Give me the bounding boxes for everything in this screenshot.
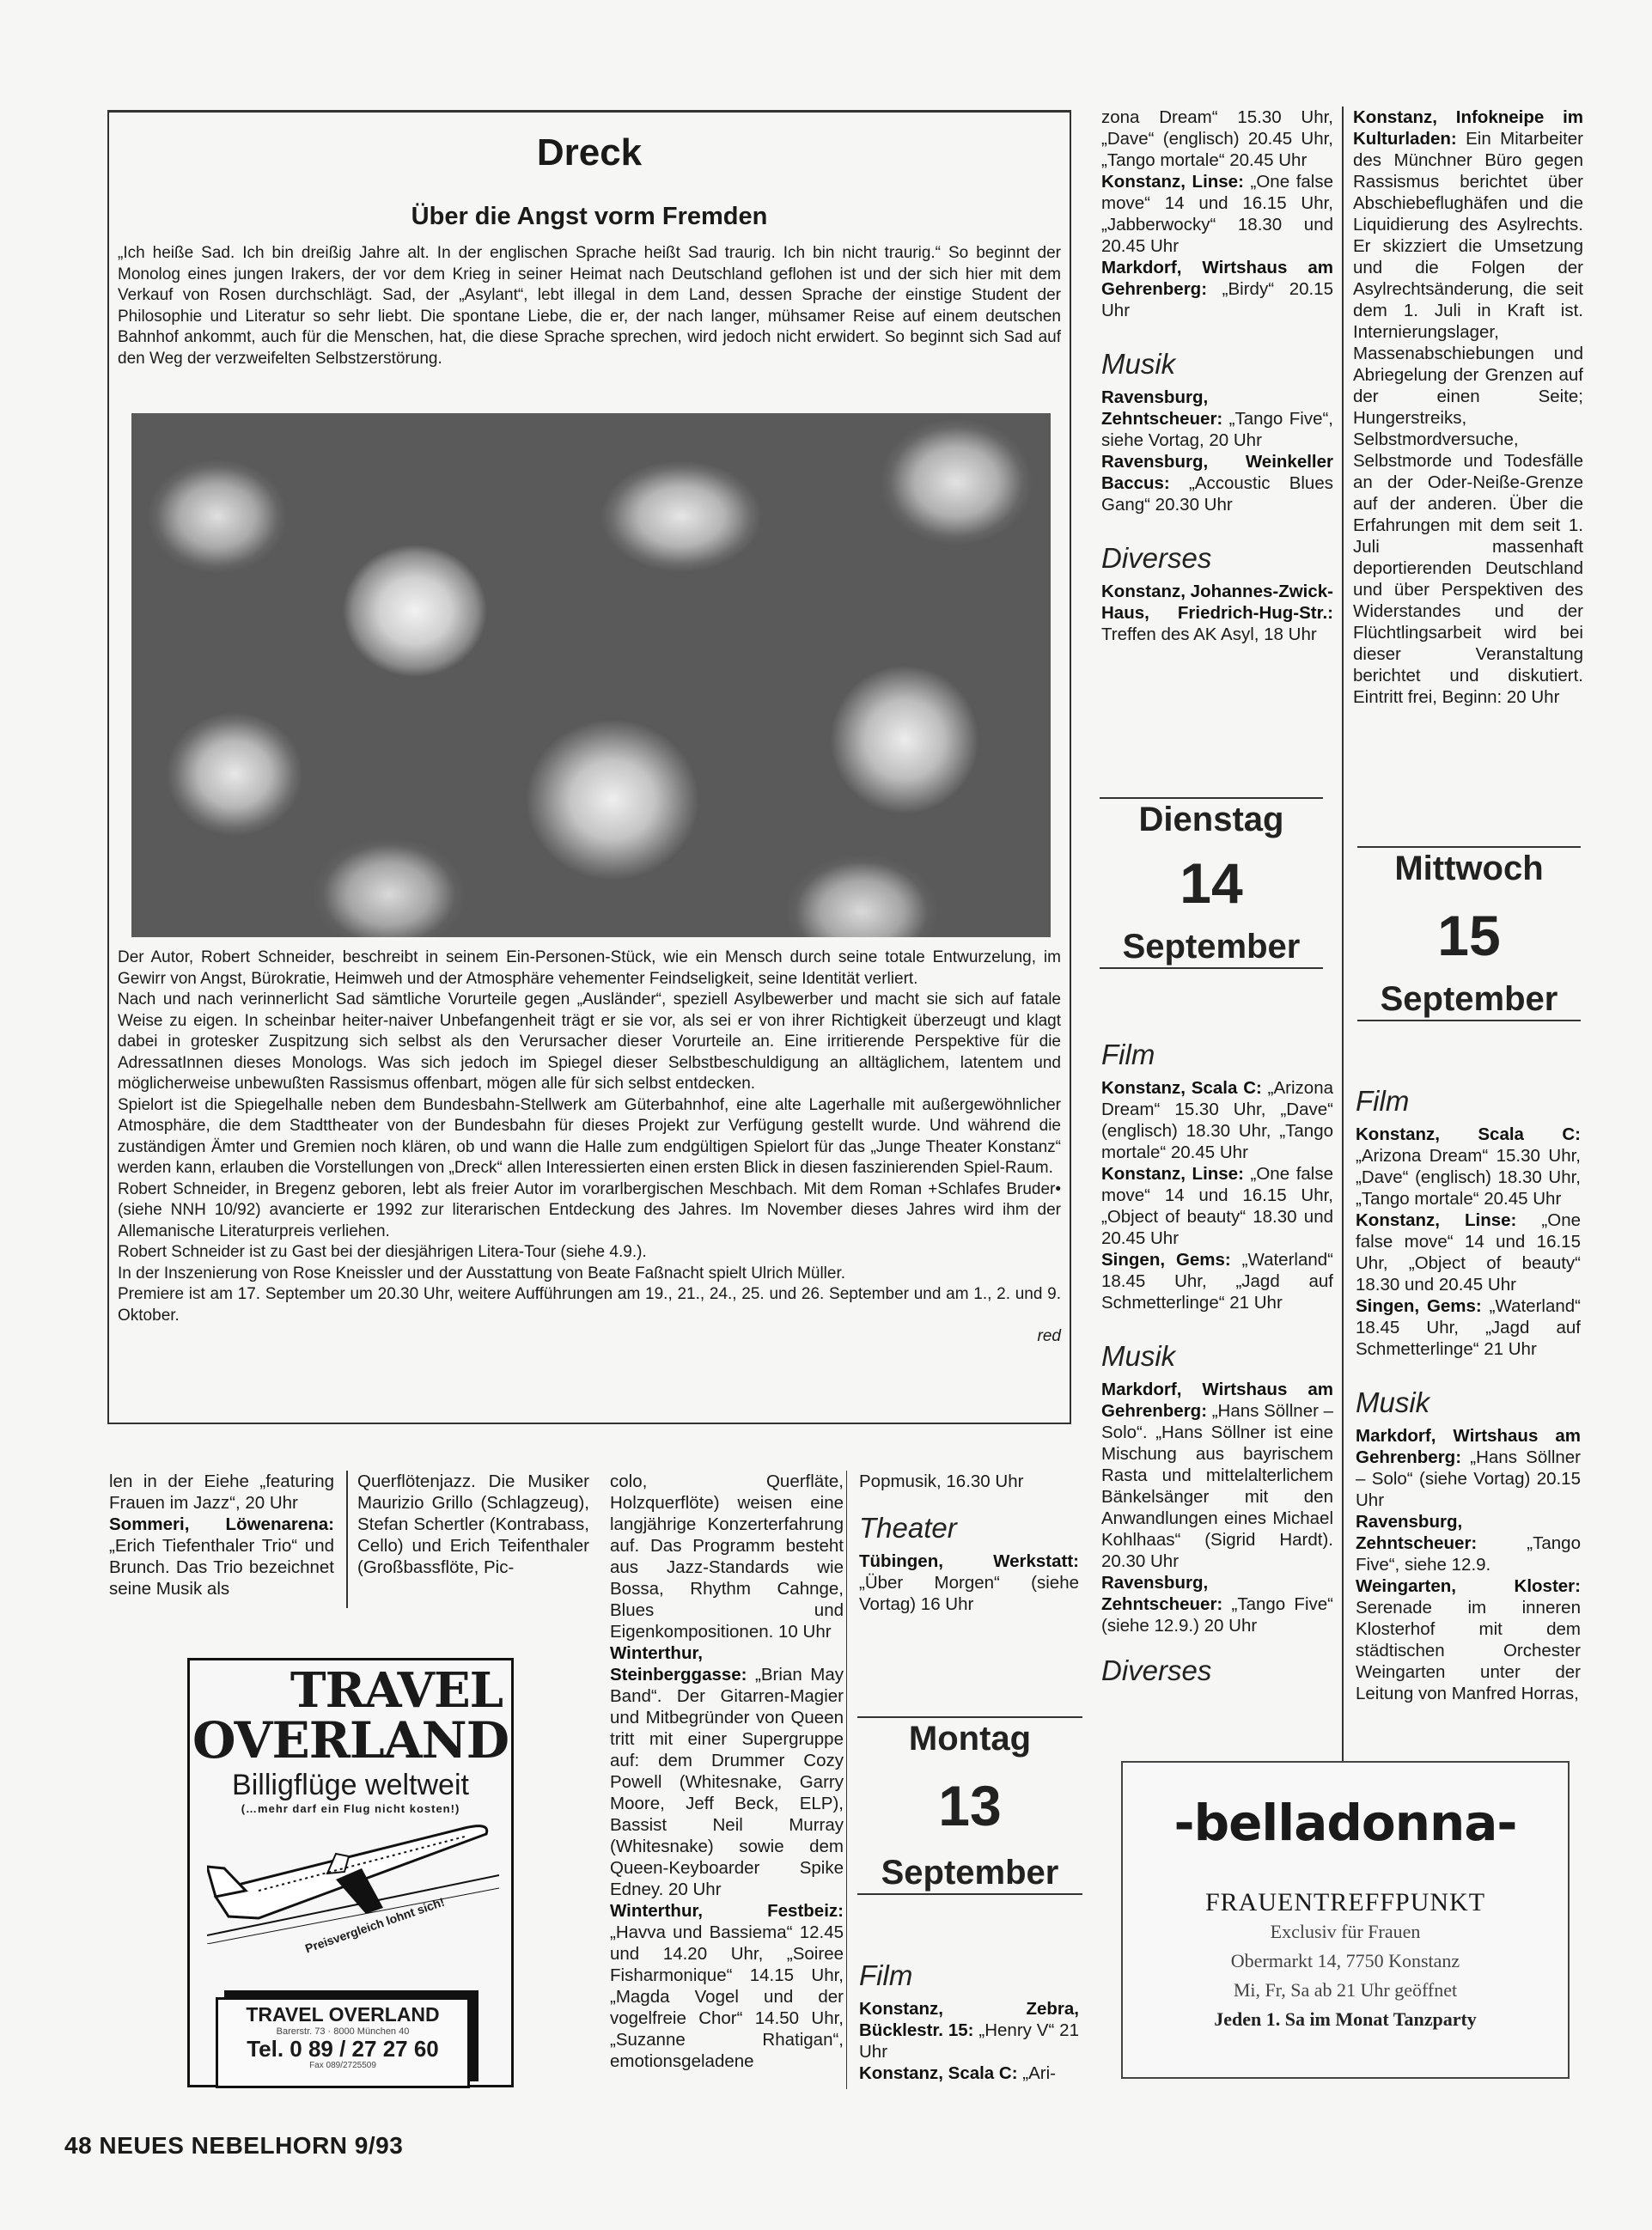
- ad-line: Jeden 1. Sa im Monat Tanzparty: [1123, 2005, 1568, 2034]
- listing-entry: Konstanz, Linse: „One false move“ 14 und…: [1356, 1209, 1581, 1295]
- section-heading-diverses: Diverses: [1101, 1654, 1333, 1688]
- listings-column-top-left: zona Dream“ 15.30 Uhr, „Dave“ (englisch)…: [1101, 107, 1333, 645]
- article-paragraph: Premiere ist am 17. September um 20.30 U…: [118, 1284, 1061, 1326]
- section-heading-film: Film: [859, 1959, 1079, 1993]
- listing-entry: Tübingen, Werkstatt: „Über Morgen“ (sieh…: [859, 1551, 1079, 1615]
- listing-entry: Konstanz, Scala C: „Ari-: [859, 2062, 1079, 2084]
- section-heading-film: Film: [1101, 1038, 1333, 1072]
- ad-line: Obermarkt 14, 7750 Konstanz: [1123, 1947, 1568, 1976]
- ad-line: FRAUENTREFFPUNKT: [1123, 1888, 1568, 1917]
- article-paragraph: Der Autor, Robert Schneider, beschreibt …: [118, 947, 1061, 990]
- listing-entry: Markdorf, Wirtshaus am Gehrenberg: „Bird…: [1101, 257, 1333, 321]
- day-header-tuesday: Dienstag 14 September: [1100, 797, 1323, 969]
- listing-entry: Singen, Gems: „Waterland“ 18.45 Uhr, „Ja…: [1356, 1295, 1581, 1360]
- listing-entry: Winterthur, Festbeiz: „Havva und Bassiem…: [610, 1900, 844, 2072]
- ad-logo-line2: OVERLAND: [190, 1715, 511, 1765]
- article-paragraph: Nach und nach verinnerlicht Sad sämtlich…: [118, 990, 1061, 1095]
- monday-listings: Film Konstanz, Zebra, Bücklestr. 15: „He…: [859, 1959, 1079, 2084]
- ad-slogan: Billigflüge weltweit: [190, 1769, 511, 1802]
- day-number: 13: [857, 1771, 1082, 1840]
- page-footer: 48 NEUES NEBELHORN 9/93: [64, 2132, 403, 2160]
- article-signature: red: [118, 1326, 1061, 1348]
- ad-line: Exclusiv für Frauen: [1123, 1917, 1568, 1947]
- column-divider: [846, 1471, 847, 2089]
- day-header-monday: Montag 13 September: [857, 1716, 1082, 1895]
- listing-entry: Winterthur, Steinberggasse: „Brian May B…: [610, 1642, 844, 1900]
- listing-entry: Weingarten, Kloster: Serenade im inneren…: [1356, 1575, 1581, 1704]
- listing-entry: Konstanz, Scala C: „Arizona Dream“ 15.30…: [1356, 1124, 1581, 1209]
- ad-tagline: (…mehr darf ein Flug nicht kosten!): [190, 1802, 511, 1815]
- day-name: Mittwoch: [1357, 846, 1581, 889]
- listings-column-top-right: Konstanz, Infokneipe im Kulturladen: Ein…: [1353, 107, 1583, 708]
- section-heading-musik: Musik: [1356, 1386, 1581, 1420]
- day-name: Montag: [857, 1716, 1082, 1759]
- month-name: September: [1100, 926, 1323, 969]
- listing-entry: Ravensburg, Zehntscheuer: „Tango Five“, …: [1356, 1511, 1581, 1575]
- article-paragraph: In der Inszenierung von Rose Kneissler u…: [118, 1264, 1061, 1285]
- article-paragraph: Robert Schneider ist zu Gast bei der die…: [118, 1242, 1061, 1264]
- listing-entry: Markdorf, Wirtshaus am Gehrenberg: „Hans…: [1101, 1379, 1333, 1572]
- ad-line: Mi, Fr, Sa ab 21 Uhr geöffnet: [1123, 1976, 1568, 2005]
- listing-entry: Konstanz, Linse: „One false move“ 14 und…: [1101, 1163, 1333, 1249]
- listing-entry: Ravensburg, Zehntscheuer: „Tango Five“ (…: [1101, 1572, 1333, 1636]
- ad-logo-line1: TRAVEL: [190, 1660, 511, 1715]
- column-divider: [346, 1471, 348, 1608]
- section-heading-theater: Theater: [859, 1511, 1079, 1545]
- day-header-wednesday: Mittwoch 15 September: [1357, 846, 1581, 1021]
- ad-address-box: TRAVEL OVERLAND Barerstr. 73 · 8000 Münc…: [216, 1997, 470, 2088]
- section-heading-musik: Musik: [1101, 1339, 1333, 1374]
- bottom-column-4: Popmusik, 16.30 Uhr Theater Tübingen, We…: [859, 1471, 1079, 1615]
- month-name: September: [857, 1852, 1082, 1895]
- listing-entry: Ravensburg, Zehntscheuer: „Tango Five“, …: [1101, 387, 1333, 451]
- bottom-column-3: colo, Querfläte, Holzquerflöte) weisen e…: [610, 1471, 844, 2072]
- section-heading-diverses: Diverses: [1101, 541, 1333, 576]
- listing-entry: len in der Eiehe „featuring Frauen im Ja…: [109, 1471, 334, 1514]
- column-divider: [1342, 107, 1344, 1910]
- listing-entry: Ravensburg, Weinkeller Baccus: „Accousti…: [1101, 451, 1333, 515]
- article-title: Dreck: [109, 131, 1070, 174]
- day-name: Dienstag: [1100, 797, 1323, 840]
- day-number: 15: [1357, 901, 1581, 970]
- listing-entry: colo, Querfläte, Holzquerflöte) weisen e…: [610, 1471, 844, 1642]
- ad-belladonna: -belladonna- FRAUENTREFFPUNKT Exclusiv f…: [1121, 1761, 1570, 2079]
- listing-entry: zona Dream“ 15.30 Uhr, „Dave“ (englisch)…: [1101, 107, 1333, 171]
- listing-entry: Sommeri, Löwenarena: „Erich Tiefenthaler…: [109, 1514, 334, 1599]
- article-paragraph: Spielort ist die Spiegelhalle neben dem …: [118, 1095, 1061, 1179]
- ad-phone: Tel. 0 89 / 27 27 60: [218, 2037, 467, 2061]
- article-box: Dreck Über die Angst vorm Fremden „Ich h…: [107, 110, 1071, 1424]
- listing-entry: Konstanz, Linse: „One false move“ 14 und…: [1101, 171, 1333, 257]
- article-subtitle: Über die Angst vorm Fremden: [109, 203, 1070, 231]
- listing-entry: Konstanz, Infokneipe im Kulturladen: Ein…: [1353, 107, 1583, 708]
- listing-entry: Konstanz, Johannes-Zwick-Haus, Friedrich…: [1101, 581, 1333, 645]
- wednesday-listings: Film Konstanz, Scala C: „Arizona Dream“ …: [1356, 1084, 1581, 1704]
- roses-photo: [131, 413, 1051, 937]
- ad-fax: Fax 089/2725509: [218, 2061, 467, 2070]
- section-heading-film: Film: [1356, 1084, 1581, 1118]
- listing-entry: Singen, Gems: „Waterland“ 18.45 Uhr, „Ja…: [1101, 1249, 1333, 1313]
- listing-entry: Popmusik, 16.30 Uhr: [859, 1471, 1079, 1492]
- ad-company: TRAVEL OVERLAND: [218, 2003, 467, 2026]
- bottom-column-1: len in der Eiehe „featuring Frauen im Ja…: [109, 1471, 334, 1599]
- article-paragraph: Robert Schneider, in Bregenz geboren, le…: [118, 1179, 1061, 1243]
- month-name: September: [1357, 978, 1581, 1021]
- listing-entry: Querflötenjazz. Die Musiker Maurizio Gri…: [357, 1471, 589, 1578]
- listing-entry: Konstanz, Scala C: „Arizona Dream“ 15.30…: [1101, 1077, 1333, 1163]
- day-number: 14: [1100, 849, 1323, 917]
- section-heading-musik: Musik: [1101, 347, 1333, 381]
- article-lead: „Ich heiße Sad. Ich bin dreißig Jahre al…: [118, 243, 1061, 369]
- article-body: Der Autor, Robert Schneider, beschreibt …: [118, 947, 1061, 1348]
- ad-belladonna-name: -belladonna-: [1123, 1794, 1568, 1852]
- tuesday-listings: Film Konstanz, Scala C: „Arizona Dream“ …: [1101, 1038, 1333, 1693]
- bottom-column-2: Querflötenjazz. Die Musiker Maurizio Gri…: [357, 1471, 589, 1578]
- ad-travel-overland: TRAVEL OVERLAND Billigflüge weltweit (…m…: [187, 1658, 514, 2087]
- listing-entry: Markdorf, Wirtshaus am Gehrenberg: „Hans…: [1356, 1425, 1581, 1511]
- listing-entry: Konstanz, Zebra, Bücklestr. 15: „Henry V…: [859, 1998, 1079, 2062]
